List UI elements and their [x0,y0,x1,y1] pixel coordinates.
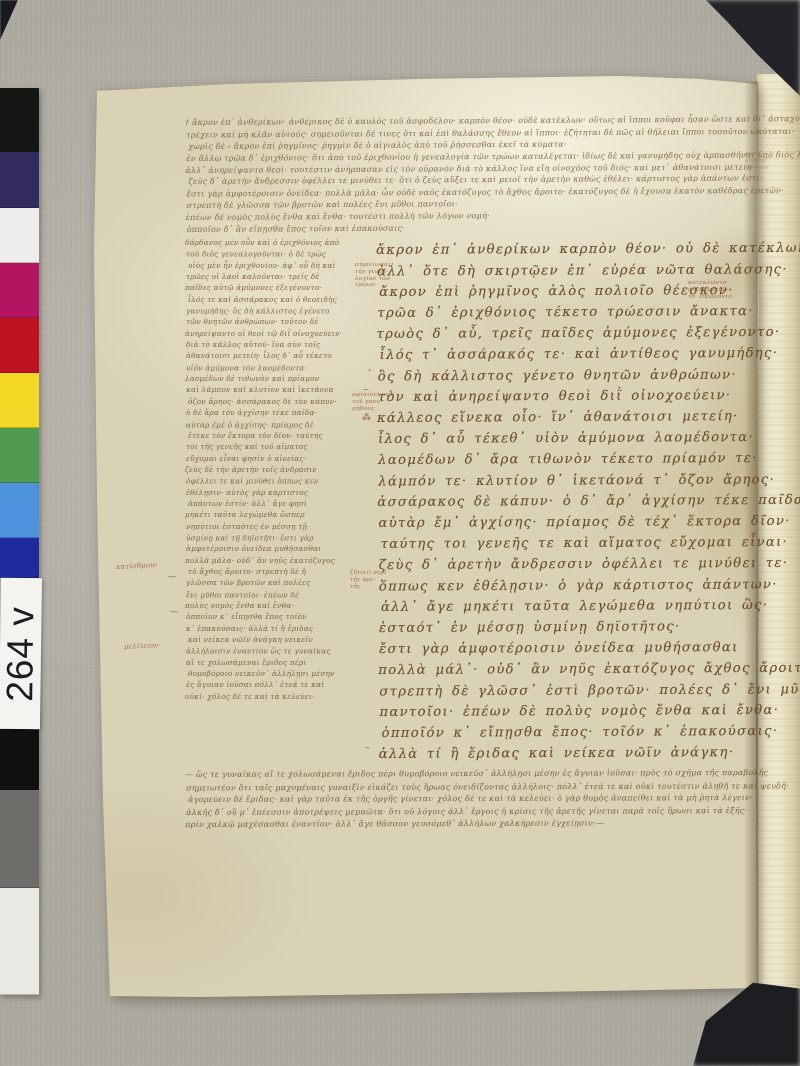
iliad-verse-line: ταύτης τοι γενεῆς τε καὶ αἵματος εὔχομαι… [381,532,756,555]
margin-mark: — [168,572,176,581]
iliad-verse-line: λαομέδων δ᾽ ἄρα τιθωνὸν τέκετο πρίαμόν τ… [378,448,753,471]
color-swatch [0,152,39,208]
color-swatch [0,888,39,995]
scholia-line: τρῶες οἱ λαοὶ καλοῦνται· τρεῖς δὲ [186,271,372,282]
iliad-verse-line: παντοῖοι· ἐπέων δὲ πολὺς νομὸς ἔνθα καὶ … [379,700,754,723]
iliad-verse-line: ἀσσάρακος δὲ κάπυν· ὁ δ᾽ ἄρ᾽ ἀγχίσην τέκ… [377,490,752,513]
scholia-line: ἀγορεύειν δὲ ἔριδας· καὶ γὰρ ταῦτα ἐκ τῆ… [188,792,744,806]
color-swatch [0,208,39,263]
folio-label: 264 v [0,578,42,730]
scholia-line: τῶν θνητῶν ἀνθρώπων· τοῦτον δὲ [186,316,372,327]
color-swatch [0,88,39,152]
iliad-verse-line: τρωὸς δ᾽ αὖ, τρεῖς παῖδες ἀμύμονες ἐξεγέ… [376,322,751,345]
iliad-verse-line: ζεὺς δ᾽ ἀρετὴν ἄνδρεσσιν ὀφέλλει τε μινύ… [379,553,754,576]
gloss-line: τὸ θέον [745,165,769,172]
scholia-line: τοι τῆς γενεῆς καὶ τοῦ αἵματος [186,441,372,452]
scholia-line: ἀνηρείψαντο οἱ θεοὶ τῷ διῒ οἰνοχοεύειν· [185,328,371,339]
scholia-line: ἔνι μῦθοι παντοῖοι· ἐπέων δὲ [186,589,372,600]
scholia-line: ἀμφοτέροισιν ὀνείδεα μυθήσασθαι [186,543,372,554]
intercolumn-gloss: ζήτ(ει) περὶτῆς ἀρε-τῆς [350,570,387,590]
iliad-verse-line: ἑσταότ᾽ ἐν μέσσῃ ὑσμίνῃ δηϊοτῆτος· [379,616,754,639]
iliad-verse-line: ἶλός τ᾽ ἀσσάρακός τε· καὶ ἀντίθεος γανυμ… [380,343,755,366]
color-swatches-top [0,88,39,578]
scholia-line: καὶ νείκεα νῶϊν ἀνάγκη νεικεῖν [188,634,374,645]
scholia-line: ἀλλήλοισιν ἐναντίον ὥς τε γυναῖκας [186,646,372,657]
scholia-line: υἱὸς μὲν ἦν ἐριχθονίου· ἀφ᾽ οὗ δὴ καὶ [188,260,374,271]
gloss-line: κοινοῦ [745,158,769,165]
scholia-line: ὀφέλλει τε καὶ μινύθει ὅππως κεν [186,476,372,487]
scholia-line: υἱὸν ἀμύμονα τὸν λαομέδοντα· [186,362,372,373]
scholia-line: ὑσμίνῃ καὶ τῇ δηϊοτῆτι· ἔστι γὰρ [186,532,372,543]
iliad-verse-line: ἀλλ᾽ ἄγε μηκέτι ταῦτα λεγώμεθα νηπύτιοι … [381,595,756,618]
top-scholia-block: † ἄκρον ἐπ᾽ ἀνθερίκων· ἀνθέρικος δὲ ὁ κα… [186,114,749,236]
scholia-line: μηκέτι ταῦτα λεγώμεθα ὥσπερ [185,509,371,520]
gloss-line: τρώων [355,282,393,289]
iliad-verse-line: στρεπτὴ δὲ γλῶσσ᾽ ἐστὶ βροτῶν· πολέες δ᾽… [379,680,754,703]
color-swatch [0,263,39,318]
scholia-line: καὶ λάμπον καὶ κλυτίον καὶ ἱκετάονα [186,384,372,395]
scholia-line: πολλὰ μάλα· οὐδ᾽ ἂν νηῦς ἑκατόζυγος [185,555,371,566]
iliad-verse-line: ὅππως κεν ἐθέλῃσιν· ὁ γὰρ κάρτιστος ἁπάν… [379,575,754,598]
gloss-line: τῆς ἀρε- [350,577,387,584]
color-swatch [0,373,39,428]
gloss-line: σημ(είωσαι) [355,262,393,269]
left-scholia-column: δάρδανος μὲν οὖν καὶ ὁ ἐριχθόνιος ἀπὸτοῦ… [186,237,372,702]
gloss-line: ὡρ(αῖον) περὶ [352,392,395,399]
iliad-verse-line: ὃς δὴ κάλλιστος γένετο θνητῶν ἀνθρώπων· [378,365,753,388]
gloss-line: τοῦ γανυ- [352,399,395,406]
scholia-line: εὔχομαι εἶναι φησὶν ὁ αἰνείας· [186,453,372,464]
color-swatch [0,428,39,483]
intercolumn-gloss: ὡρ(αῖον) περὶτοῦ γανυ-μήδους [352,392,395,412]
edge-offset-gloss: κατὰκοινοῦτὸ θέον [745,151,769,171]
iliad-verse-line: τὸν καὶ ἀνηρείψαντο θεοὶ διῒ οἰνοχοεύειν… [378,385,753,408]
scholia-line: δάρδανος μὲν οὖν καὶ ὁ ἐριχθόνιος ἀπὸ [185,237,371,248]
folio-label-text: 264 v [0,605,42,701]
gloss-line: τῆς [350,584,387,591]
iliad-verse-line: ἀλλὰ τί ἢ ἔριδας καὶ νείκεα νῶϊν ἀνάγκη· [379,742,754,765]
scholia-line: — ὥς τε γυναῖκας αἵ τε χολωσάμεναι ἔριδο… [185,767,741,781]
digitized-manuscript-photo: † ἄκρον ἐπ᾽ ἀνθερίκων· ἀνθέρικος δὲ ὁ κα… [0,0,800,1066]
scholia-line: παῖδες αὐτῷ ἀμύμονες ἐξεγένοντο· [185,282,371,293]
bottom-scholia-block: — ὥς τε γυναῖκας αἵ τε χολωσάμεναι ἔριδο… [186,767,742,831]
color-calibration-bar: 264 v [0,88,39,995]
margin-mark: – [363,384,368,395]
scholia-line: θυμοβόροιο νεικεῦσ᾽ ἀλλήλῃσι μέσην [188,668,374,679]
iliad-verse-line: τρῶα δ᾽ ἐριχθόνιος τέκετο τρώεσσιν ἄνακτ… [377,301,752,324]
scholia-line: γλῶσσα τῶν βροτῶν καὶ πολέες [186,577,372,588]
gloss-line: ζήτ(ει) περὶ [350,570,387,577]
ornament-mark: ⁂ [362,413,371,423]
scholia-line: πολὺς νομὸς ἔνθα καὶ ἔνθα· [185,600,371,611]
scholia-line: ὄζον ἄρηος· ἀσσάρακος δὲ τὸν κάπυν· [188,396,374,407]
color-swatch [0,790,39,888]
margin-mark: — [170,607,178,616]
iliad-verse-line: λάμπόν τε· κλυτίον θ᾽ ἱκετάονά τ᾽ ὄζον ἄ… [378,470,753,493]
gloss-line: το· ἐθραύοντο [688,294,732,301]
gloss-line: τὴν γενεα- [355,269,393,276]
main-text-block: ἄκρον ἐπ᾽ ἀνθερίκων καρπὸν θέον· οὐ δὲ κ… [377,238,755,765]
gloss-line: ἀνεκάμπτον- [688,287,732,294]
scholia-line: αὐτὰρ ἐμὲ ὁ ἀγχίσης· πρίαμος δὲ [186,419,372,430]
scholia-line: διὰ τὸ κάλλος αὐτοῦ· ἵνα σὺν τοῖς [186,339,372,350]
scholia-line: ἶλός τε καὶ ἀσσάρακος καὶ ὁ θεοειδὴς [188,294,374,305]
scholia-line: γανυμήδης· ὃς δὴ κάλλιστος ἐγένετο [186,306,372,317]
left-margin-note: μελίτειον· [124,641,161,650]
scholia-line: κ᾽ ἐπακούσαις· ἀλλὰ τί ἢ ἔριδας [186,623,372,634]
iliad-verse-line: αὐτὰρ ἔμ᾽ ἀγχίσης· πρίαμος δὲ τέχ᾽ ἕκτορ… [378,511,753,534]
scholia-line: ἁπάντων ἐστίν· ἀλλ᾽ ἄγε φησὶ [188,498,374,509]
scholia-line: ἐς ἄγυιαν ἰοῦσαι πόλλ᾽ ἐτεά τε καὶ [186,679,372,690]
margin-mark: , [368,362,371,373]
scholia-line: ὁπποῖον κ᾽ εἴπῃσθα ἔπος τοῖόν [186,611,372,622]
iliad-verse-line: ἄκρον ἐπ᾽ ἀνθερίκων καρπὸν θέον· οὐ δὲ κ… [376,238,751,261]
scholia-line: ὁ δὲ ἄρα τὸν ἀγχίσην τέκε παῖδα· [186,407,372,418]
scholia-line: αἵ τε χολωσάμεναι ἔριδος πέρι [186,657,372,668]
scholia-line: οὐκί· χόλος δέ τε καὶ τὰ κελεύει· [185,691,371,702]
color-swatches-bottom [0,729,39,995]
iliad-verse-line: κάλλεος εἵνεκα οἷο· ἵν᾽ ἀθανάτοισι μετεί… [377,406,752,429]
iliad-verse-line: ἶλος δ᾽ αὖ τέκεθ᾽ υἱὸν ἀμύμονα λαομέδοντ… [378,427,753,450]
scholia-line: νηπύτιοι ἑσταότες ἐν μέσσῃ τῇ [186,521,372,532]
color-swatch [0,483,39,538]
gloss-line: κατὰ [745,151,769,158]
color-swatch [0,729,39,790]
scholia-line: τὸ ἄχθος ἄροιτο· στρεπτὴ δὲ ἡ [188,566,374,577]
iliad-verse-line: ὁπποῖόν κ᾽ εἴπῃσθα ἔπος· τοῖόν κ᾽ ἐπακού… [382,721,757,744]
gloss-line: κατεκλῶντο· [688,280,732,287]
intercolumn-gloss: σημ(είωσαι)τὴν γενεα-λογίαν τῶντρώων [355,262,393,289]
scholia-line: τοῦ διὸς γενεαλογοῦνται· ὁ δὲ τρὼς [186,249,372,260]
scholia-line: πρὶν χαλκῷ μαχέσασθαι ἐναντίον· ἀλλ᾽ ἄγε… [185,817,741,831]
iliad-verse-line: ἔστι γὰρ ἀμφοτέροισιν ὀνείδεα μυθήσασθαι [379,637,754,660]
scholia-line: λαομέδων δὲ τιθωνὸν καὶ πρίαμον [185,373,371,384]
color-swatch [0,538,39,578]
scholia-line: ἔτεκε τὸν ἕκτορα τὸν δῖον· ταύτης [188,430,374,441]
right-margin-gloss: κατεκλῶντο·ἀνεκάμπτον-το· ἐθραύοντο [688,280,732,300]
margin-mark: – [365,742,370,753]
scholia-line: ἀθανάτοισι μετείη· ἶλος δ᾽ αὖ τέκετο [186,350,372,361]
gloss-line: μήδους [352,406,395,413]
iliad-verse-line: πολλὰ μάλ᾽· οὐδ᾽ ἂν νηῦς ἑκατόζυγος ἄχθο… [378,658,753,681]
color-swatch [0,318,39,373]
scholia-line: ἐθέλῃσιν· αὐτὸς γὰρ κάρτιστος [186,487,372,498]
scholia-line: ζεὺς δὲ τὴν ἀρετὴν τοῖς ἀνδράσιν [185,464,371,475]
